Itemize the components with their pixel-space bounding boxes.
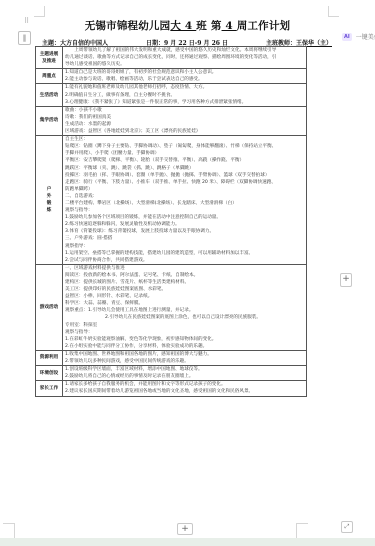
- content-line: 钻爬区：钻圈（蹲下身子主要钻、手脚协调动）、垫子（匍匐爬，身体能够翻滚）、竹梯（…: [65, 143, 304, 150]
- content-line: 歌曲：小孩不小歌: [65, 107, 304, 114]
- row-content[interactable]: 歌曲：小孩不小歌 诗歌：我们的祖国真美 生成活动：水墨的起源 区域游戏：益智区《…: [63, 106, 307, 135]
- document-title: 无锡市锦程幼儿园大 4 班 第 4 周工作计划: [0, 18, 375, 33]
- table-row: 家长工作 1.请家长多给孩子自我服务的机会，并能用图片和文字等形式记录孩子的变化…: [36, 381, 307, 396]
- content-line: 投掷区：羽毛拍（挥、手眼协调）、套圈（单手抛）、抛抛（抛掷、手臂协调）、篮球（双…: [65, 172, 304, 179]
- content-line: 观察与指导：: [65, 329, 304, 336]
- footer-bar: [0, 538, 375, 546]
- title-mid: 班 第: [196, 20, 221, 32]
- content-line: 科学区：大蒜、蒜瓣、青豆、保鲜膜。: [65, 300, 304, 307]
- content-line: 2.在小组实验中能与同伴分工协作，分享材料，体验实验成功的乐趣。: [65, 343, 304, 350]
- row-label: 资源利用: [36, 350, 63, 365]
- content-line: 1.能有礼貌地和值班老师及幼儿园其他老师打招呼，态度热情、大方。: [65, 84, 304, 91]
- content-line: 美工区：提供印好的民族娃娃图案底图、水彩笔。: [65, 286, 304, 293]
- row-label-text: 户外锻炼: [46, 186, 52, 214]
- table-row: 主题进展及推进 上周带领幼儿了解了祖国的伟大发明和重大成就，感受中国的悠久历史和…: [36, 47, 307, 69]
- table-row: 游戏活动 一、区域游戏材料提供与推进 阅读区：投放新的绘本书、阿尔法蛋、记号笔、…: [36, 264, 307, 350]
- content-line: 上周带领幼儿了解了祖国的伟大发明和重大成就，感受中国的悠久历史和灿烂文化。本周将…: [65, 47, 304, 54]
- content-line: 3.心理健康：《我不紧张了》知道紧张是一件很正常的事，学习用各种方式排泄紧张情绪…: [65, 99, 304, 106]
- content-line: 防跑单脚跨）: [65, 186, 304, 193]
- expand-icon[interactable]: ⤢: [341, 521, 353, 533]
- content-line: 2.鼓励幼儿将自己的心情或经历的事情及时记录在朋友圈墙上。: [65, 373, 304, 380]
- content-line: 观察与指导：: [65, 207, 304, 214]
- row-content[interactable]: 自主生区： 钻爬区：钻圈（蹲下身子主要钻、手脚协调动）、垫子（匍匐爬，身体能够翻…: [63, 136, 307, 265]
- row-label: 环境创设: [36, 366, 63, 381]
- row-label: 周重点: [36, 69, 63, 84]
- row-content[interactable]: 1.创设班级科学区墙面，丰富区域材料，增添中国地图、地球仪等。 2.鼓励幼儿将自…: [63, 366, 307, 381]
- content-line: 观察重点：1.引导幼儿会使用工具在地图上进行测量，并记录。: [65, 307, 304, 314]
- block-toggle-button[interactable]: ‖: [18, 31, 31, 45]
- content-line: 阅读区：投放新的绘本书、阿尔法蛋、记号笔、卡纸、自制绘本。: [65, 272, 304, 279]
- content-line: 1.在彩虹牛奶实验能观察油解，变色等化学现象，初步感知物体间的变化。: [65, 336, 304, 343]
- page-corner-mark: [328, 6, 339, 17]
- row-label: 家长工作: [36, 381, 63, 396]
- content-line: 跳跃区：平衡球（夹、跳）、跳袋（抓、跳）、跳格子（单脚跳）: [65, 165, 304, 172]
- table-row: 集学活动 歌曲：小孩不小歌 诗歌：我们的祖国真美 生成活动：水墨的起源 区域游戏…: [36, 106, 307, 135]
- content-line: 导幼儿感受祖国的悠久历史。: [65, 61, 304, 68]
- row-content[interactable]: 1.能有礼貌地和值班老师及幼儿园其他老师打招呼，态度热情、大方。 2.明确值日生…: [63, 84, 307, 106]
- row-label: 户外锻炼: [36, 136, 63, 265]
- row-content[interactable]: 一、区域游戏材料提供与推进 阅读区：投放新的绘本书、阿尔法蛋、记号笔、卡纸、自制…: [63, 264, 307, 350]
- page-corner-mark: [34, 6, 45, 17]
- table-row: 环境创设 1.创设班级科学区墙面，丰富区域材料，增添中国地图、地球仪等。 2.鼓…: [36, 366, 307, 381]
- table-row: 户外锻炼 自主生区： 钻爬区：钻圈（蹲下身子主要钻、手脚协调动）、垫子（匍匐爬，…: [36, 136, 307, 265]
- content-line: 观察指导：: [65, 243, 304, 250]
- content-line: 平衡区：安吉攀爬架（爬梯、平衡）、轮胎（双手交替推、平衡）、高跷（操作跷、平衡）: [65, 157, 304, 164]
- content-line: 幼儿通过谈话、歌曲等方式记录自己的成长变化，同时，还将通过观察、描绘周围环境的变…: [65, 54, 304, 61]
- content-line: 1.知道自己是大班的哥哥姐姐了，有初步的社会规范意识和小主人公意识。: [65, 69, 304, 76]
- page-corner-mark: [296, 523, 308, 538]
- ai-icon: AI: [342, 33, 352, 41]
- content-line: 二、自选游戏：: [65, 193, 304, 200]
- content-line: 二楼平台建构、攀岩区（北操场）、大型滑梯(北操场）、长龙踏床、大型滑滑梯（白）: [65, 200, 304, 207]
- content-line: 自主生区：: [65, 136, 304, 143]
- content-line: 2.明确值日生分工，做事有条理，自主分餐时不挑食。: [65, 92, 304, 99]
- table-row: 周重点 1.知道自己是大班的哥哥姐姐了，有初步的社会规范意识和小主人公意识。 2…: [36, 69, 307, 84]
- row-label: 游戏活动: [36, 264, 63, 350]
- content-line: 1.收集中国地图、世界地图和祖国各地的图片，感知祖国的博大与魅力。: [65, 351, 304, 358]
- content-line: 1.创设班级科学区墙面，丰富区域材料，增添中国地图、地球仪等。: [65, 366, 304, 373]
- content-line: 2.带领幼儿玩多种民间游戏，感受中国民间传统游戏的乐趣。: [65, 358, 304, 365]
- content-line: 1.请家长多给孩子自我服务的机会，并能用图片和文字等形式记录孩子的变化。: [65, 381, 304, 388]
- content-line: 1.鼓励幼儿参加各个区域项目的锻炼，并能在活动中注意控制自己的运动量。: [65, 214, 304, 221]
- content-line: 专用室：科探室: [65, 322, 304, 329]
- content-line: 3.体育《背篓投球》：练习背篓投球，发展上肢投球力量以及手眼协调力。: [65, 228, 304, 235]
- ai-beautify-label: 一键美化: [356, 32, 375, 41]
- row-content[interactable]: 1.知道自己是大班的哥哥姐姐了，有初步的社会规范意识和小主人公意识。 2.能主动…: [63, 69, 307, 84]
- content-line: 2.练习快速追逐躲和躲闪，发展灵敏性及机动协调能力。: [65, 221, 304, 228]
- row-label: 集学活动: [36, 106, 63, 135]
- row-content[interactable]: 1.请家长多给孩子自我服务的机会，并能用图片和文字等形式记录孩子的变化。 2.建…: [63, 381, 307, 396]
- content-line: 区域游戏：益智区《各地娃娃到北京》；美工区《漂亮的民族娃娃》: [65, 128, 304, 135]
- row-label: 生活活动: [36, 84, 63, 106]
- row-label: 主题进展及推进: [36, 47, 63, 69]
- content-line: 手脚并用爬）、小手爬（团腰力量、手脚协调）: [65, 150, 304, 157]
- content-line: 建构区：提供长城的图片、雪花片、纸杯等生活类建构材料。: [65, 279, 304, 286]
- school-name: 无锡市锦程幼儿园: [85, 20, 171, 32]
- content-line: 2.建议家长国庆期间带着幼儿游览祖国各地或当地的文化圣地，感受祖国的文化和民俗风…: [65, 388, 304, 395]
- class-name: 大 4: [170, 20, 196, 32]
- week-number: 4: [222, 20, 237, 32]
- row-content[interactable]: 1.收集中国地图、世界地图和祖国各地的图片，感知祖国的博大与魅力。 2.带领幼儿…: [63, 350, 307, 365]
- content-line: 一、区域游戏材料提供与推进: [65, 265, 304, 272]
- content-line: 三、户外游戏：圆·搭搭: [65, 235, 304, 242]
- content-line: 1.运用架空、垒搭等已掌握的建构技能，搭建幼儿园的建筑造型，可以用辅助材料加以丰…: [65, 250, 304, 257]
- title-suffix: 周工作计划: [237, 20, 291, 32]
- content-line: 益智区：小棒、回形针、水彩笔、记录纸。: [65, 293, 304, 300]
- content-line: 生成活动：水墨的起源: [65, 121, 304, 128]
- weekly-plan-table: 主题进展及推进 上周带领幼儿了解了祖国的伟大发明和重大成就，感受中国的悠久历史和…: [35, 46, 307, 397]
- table-row: 资源利用 1.收集中国地图、世界地图和祖国各地的图片，感知祖国的博大与魅力。 2…: [36, 350, 307, 365]
- content-line: 走跑区：骑行（平衡、下肢力量）、小推车（双手推、单手拉、快跑 20 米）、障碍栏…: [65, 179, 304, 186]
- content-line: 诗歌：我们的祖国真美: [65, 114, 304, 121]
- table-row: 生活活动 1.能有礼貌地和值班老师及幼儿园其他老师打招呼，态度热情、大方。 2.…: [36, 84, 307, 106]
- page-corner-mark: [3, 523, 15, 538]
- add-row-button[interactable]: +: [177, 523, 193, 535]
- add-column-button[interactable]: +: [340, 273, 352, 287]
- content-line: 2.尝试与同伴协商合作，共同搭建游戏。: [65, 257, 304, 264]
- content-line: 2.能主动参与说话、歌唱、绘画等活动，乐于尝试表达自己的感受。: [65, 76, 304, 83]
- content-line: 2.引导幼儿在民族娃娃图案的底图上涂色，也可以自己设计漂亮的民族服装。: [65, 314, 304, 321]
- row-content[interactable]: 上周带领幼儿了解了祖国的伟大发明和重大成就，感受中国的悠久历史和灿烂文化。本周将…: [63, 47, 307, 69]
